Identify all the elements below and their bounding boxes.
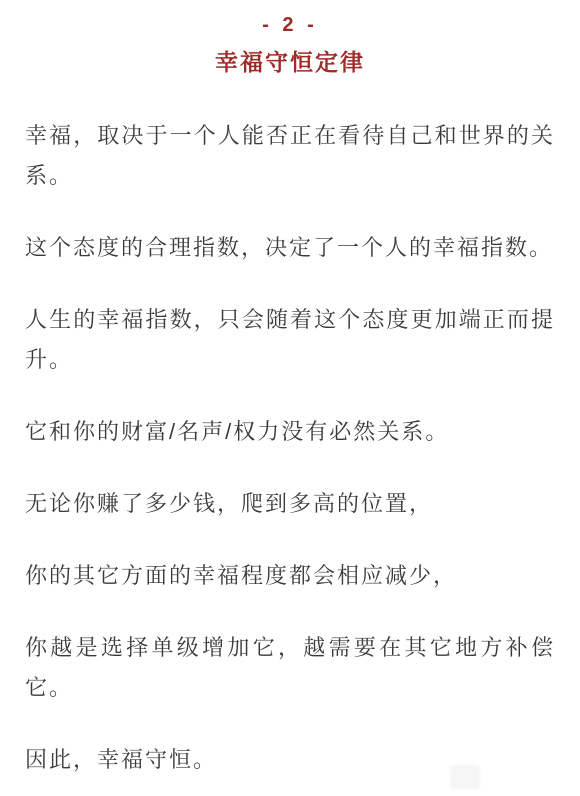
article-page: - 2 - 幸福守恒定律 幸福，取决于一个人能否正在看待自己和世界的关系。这个态… [0, 0, 580, 796]
section-number: - 2 - [25, 13, 555, 37]
paragraph: 这个态度的合理指数，决定了一个人的幸福指数。 [25, 228, 555, 268]
article-body: 幸福，取决于一个人能否正在看待自己和世界的关系。这个态度的合理指数，决定了一个人… [25, 116, 555, 780]
page-header: - 2 - 幸福守恒定律 [25, 13, 555, 76]
paragraph: 人生的幸福指数，只会随着这个态度更加端正而提升。 [25, 300, 555, 380]
paragraph: 你越是选择单级增加它，越需要在其它地方补偿它。 [25, 628, 555, 708]
watermark [450, 765, 480, 789]
paragraph: 幸福，取决于一个人能否正在看待自己和世界的关系。 [25, 116, 555, 196]
paragraph: 无论你赚了多少钱，爬到多高的位置， [25, 484, 555, 524]
paragraph: 它和你的财富/名声/权力没有必然关系。 [25, 412, 555, 452]
page-title: 幸福守恒定律 [25, 48, 555, 76]
paragraph: 你的其它方面的幸福程度都会相应减少， [25, 556, 555, 596]
